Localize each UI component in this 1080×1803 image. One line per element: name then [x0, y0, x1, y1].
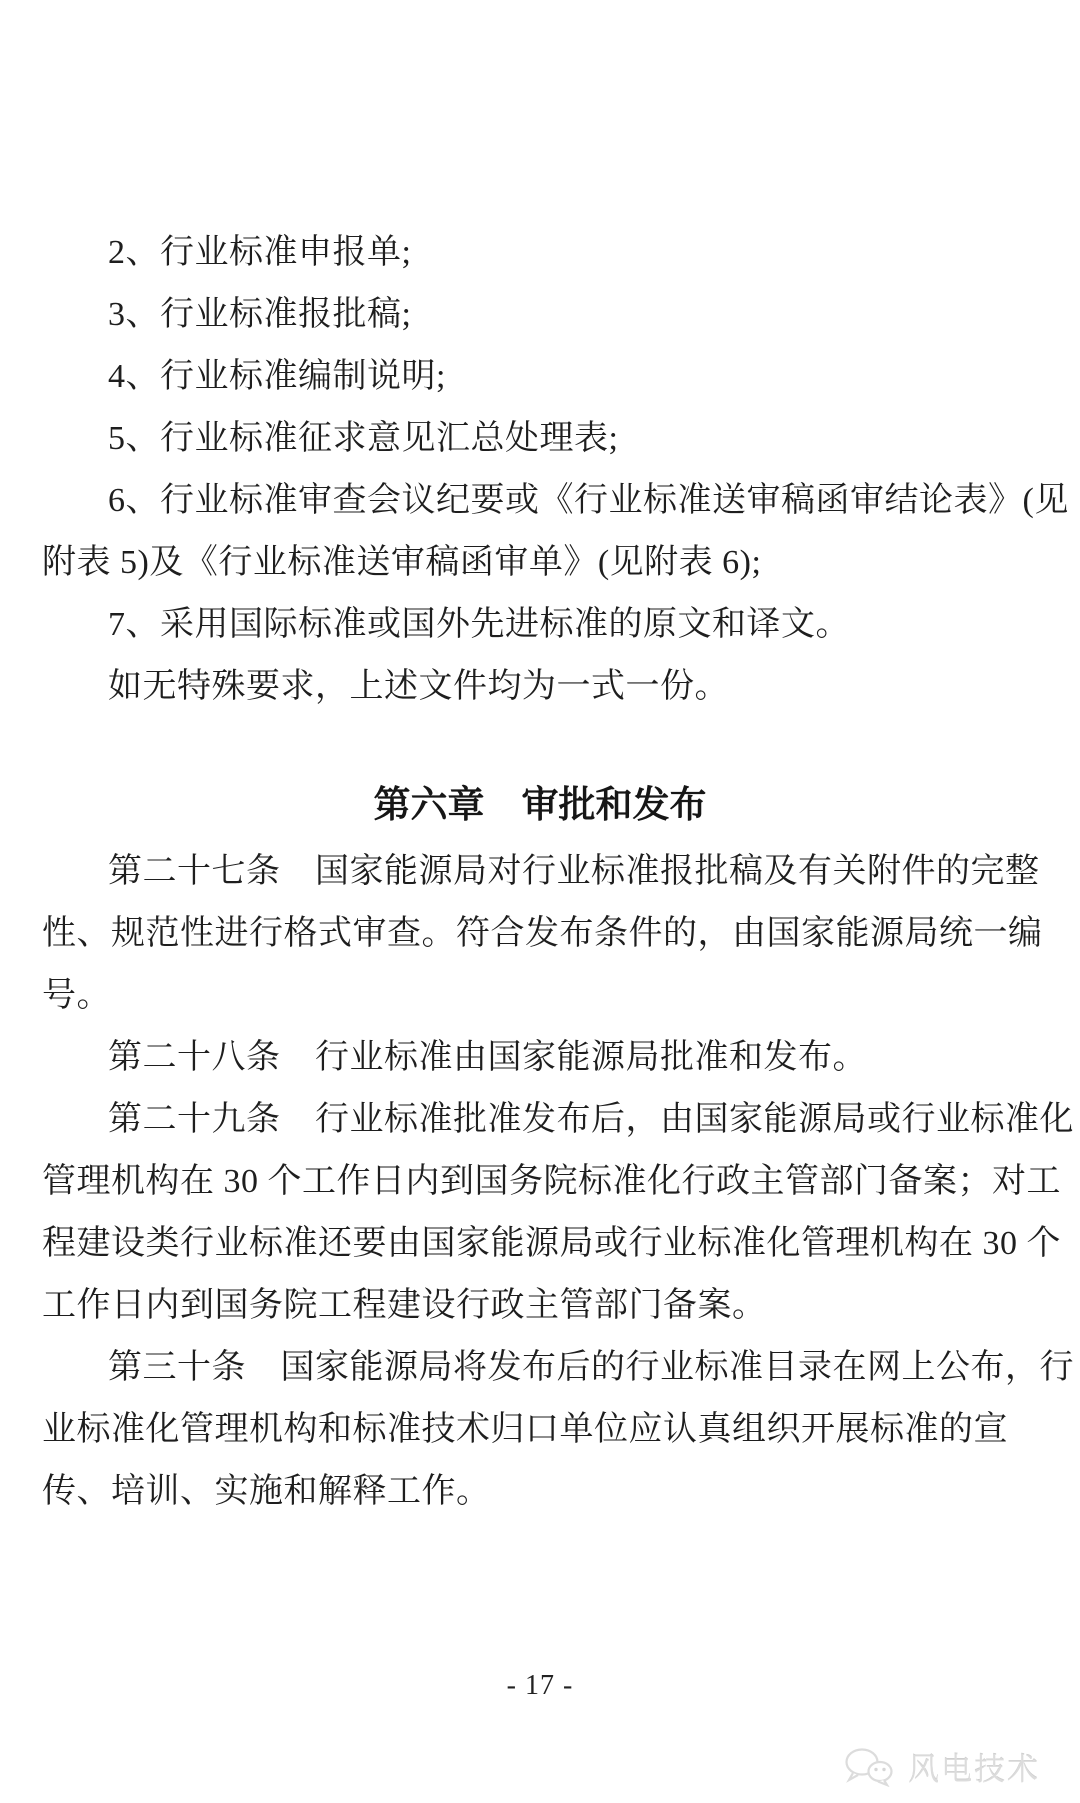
attachment-list-section: 2、行业标准申报单; 3、行业标准报批稿; 4、行业标准编制说明; 5、行业标准…: [42, 222, 1038, 718]
document-page: 2、行业标准申报单; 3、行业标准报批稿; 4、行业标准编制说明; 5、行业标准…: [0, 0, 1080, 1803]
text-line: 第二十八条 行业标准由国家能源局批准和发布。: [42, 1027, 1038, 1089]
text-line: 6、行业标准审查会议纪要或《行业标准送审稿函审结论表》(见: [42, 470, 1038, 532]
chapter-heading: 第六章 审批和发布: [0, 779, 1080, 831]
text-line: 第三十条 国家能源局将发布后的行业标准目录在网上公布，行: [42, 1337, 1038, 1399]
text-line: 传、培训、实施和解释工作。: [42, 1461, 1038, 1523]
text-line: 管理机构在 30 个工作日内到国务院标准化行政主管部门备案；对工: [42, 1151, 1038, 1213]
text-line: 7、采用国际标准或国外先进标准的原文和译文。: [42, 594, 1038, 656]
text-line: 工作日内到国务院工程建设行政主管部门备案。: [42, 1275, 1038, 1337]
text-line: 5、行业标准征求意见汇总处理表;: [42, 408, 1038, 470]
text-line: 第二十七条 国家能源局对行业标准报批稿及有关附件的完整: [42, 841, 1038, 903]
text-line: 4、行业标准编制说明;: [42, 346, 1038, 408]
text-line: 业标准化管理机构和标准技术归口单位应认真组织开展标准的宣: [42, 1399, 1038, 1461]
page-number: - 17 -: [0, 1670, 1080, 1702]
text-line: 性、规范性进行格式审查。符合发布条件的，由国家能源局统一编: [42, 903, 1038, 965]
wechat-watermark: 风电技术: [842, 1744, 1040, 1789]
text-line: 如无特殊要求，上述文件均为一式一份。: [42, 656, 1038, 718]
text-line: 2、行业标准申报单;: [42, 222, 1038, 284]
text-line: 附表 5)及《行业标准送审稿函审单》(见附表 6);: [42, 532, 1038, 594]
text-line: 程建设类行业标准还要由国家能源局或行业标准化管理机构在 30 个: [42, 1213, 1038, 1275]
text-line: 第二十九条 行业标准批准发布后，由国家能源局或行业标准化: [42, 1089, 1038, 1151]
watermark-text: 风电技术: [908, 1744, 1040, 1789]
wechat-icon: [842, 1747, 898, 1787]
text-line: 3、行业标准报批稿;: [42, 284, 1038, 346]
text-line: 号。: [42, 965, 1038, 1027]
article-paragraphs-section: 第二十七条 国家能源局对行业标准报批稿及有关附件的完整 性、规范性进行格式审查。…: [42, 841, 1038, 1523]
